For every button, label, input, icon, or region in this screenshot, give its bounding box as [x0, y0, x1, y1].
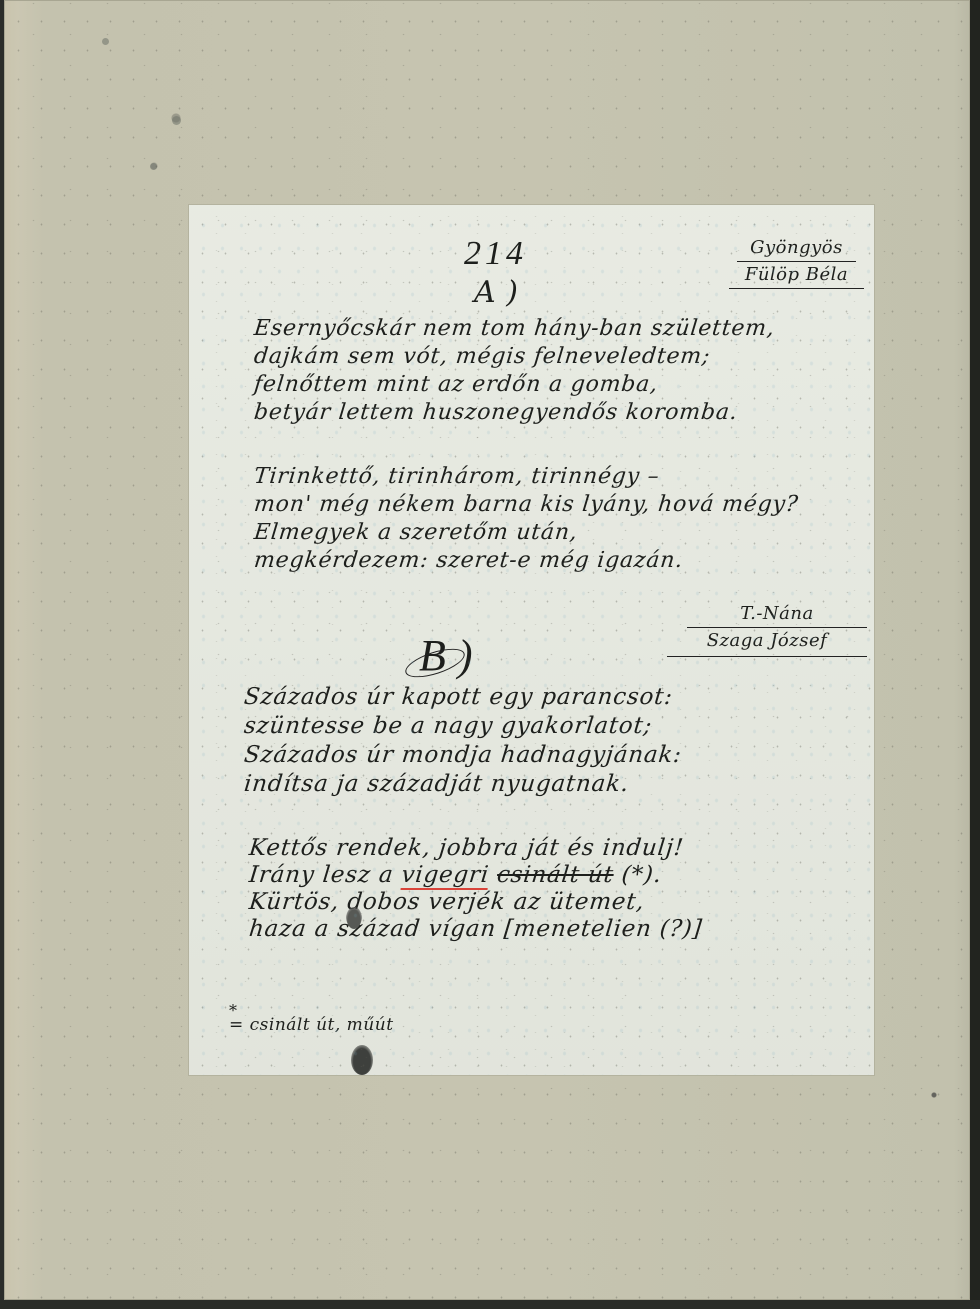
- verse-line: indítsa ja századját nyugatnak.: [242, 770, 683, 799]
- attribution-place: Gyöngyös: [737, 235, 856, 262]
- attribution-collector: Szaga József: [667, 628, 867, 657]
- verse-line: mon' még nékem barna kis lyány, hová még…: [253, 491, 800, 519]
- struck-word: csinált út: [496, 862, 615, 888]
- asterisk-icon: *: [229, 1001, 238, 1020]
- page-number: 214: [464, 235, 527, 273]
- verse-line: felnőttem mint az erdőn a gomba,: [253, 371, 777, 399]
- verse-line: megkérdezem: szeret-e még igazán.: [253, 547, 800, 575]
- red-underlined-word: vigegri: [400, 862, 490, 890]
- verse-line: Esernyőcskár nem tom hány-ban születtem,: [253, 315, 777, 343]
- attribution-a-second: T.-Nána Szaga József: [667, 601, 867, 657]
- verse-line: betyár lettem huszonegyendős koromba.: [253, 399, 777, 427]
- verse-line: Kettős rendek, jobbra ját és indulj!: [248, 835, 704, 862]
- verse-line: haza a század vígan [menetelien (?)]: [248, 916, 704, 943]
- verse-line: Elmegyek a szeretőm után,: [253, 519, 800, 547]
- verse-line: Százados úr kapott egy parancsot:: [242, 683, 683, 712]
- song-b-stanza-1: Százados úr kapott egy parancsot: szünte…: [244, 683, 682, 799]
- scan-edge-bottom: [0, 1300, 980, 1309]
- stain-spot: [172, 116, 181, 125]
- verse-line: dajkám sem vót, mégis felneveledtem;: [253, 343, 777, 371]
- section-a-label: A ): [474, 275, 518, 310]
- song-a-stanza-2: Tirinkettő, tirinhárom, tirinnégy – mon'…: [254, 463, 798, 575]
- attribution-collector: Fülöp Béla: [729, 262, 864, 289]
- attribution-place: T.-Nána: [687, 601, 867, 628]
- verse-line: Kürtös, dobos verjék az ütemet,: [248, 889, 704, 916]
- stain-spot: [102, 38, 109, 45]
- verse-line: Százados úr mondja hadnagyjának:: [242, 741, 683, 770]
- verse-line-annotated: Irány lesz a vigegri csinált út (*).: [248, 862, 704, 889]
- footnote-text: = csinált út, műút: [229, 1015, 394, 1035]
- ink-stain: [351, 1045, 373, 1075]
- attribution-a: Gyöngyös Fülöp Béla: [729, 235, 864, 289]
- verse-text: (*).: [612, 862, 663, 888]
- song-a-stanza-1: Esernyőcskár nem tom hány-ban születtem,…: [254, 315, 775, 427]
- scan-edge-right: [970, 0, 980, 1309]
- verse-text: Irány lesz a: [248, 862, 403, 888]
- footnote: * = csinált út, műút: [229, 1015, 394, 1035]
- verse-line: Tirinkettő, tirinhárom, tirinnégy –: [253, 463, 800, 491]
- song-b-stanza-2: Kettős rendek, jobbra ját és indulj! Irá…: [249, 835, 702, 943]
- verse-line: szüntesse be a nagy gyakorlatot;: [242, 712, 683, 741]
- manuscript-page: 214 A ) Gyöngyös Fülöp Béla Esernyőcskár…: [189, 205, 874, 1075]
- stain-spot: [150, 163, 157, 170]
- section-b-label: B ): [419, 630, 473, 681]
- cardboard-mount: 214 A ) Gyöngyös Fülöp Béla Esernyőcskár…: [4, 0, 970, 1300]
